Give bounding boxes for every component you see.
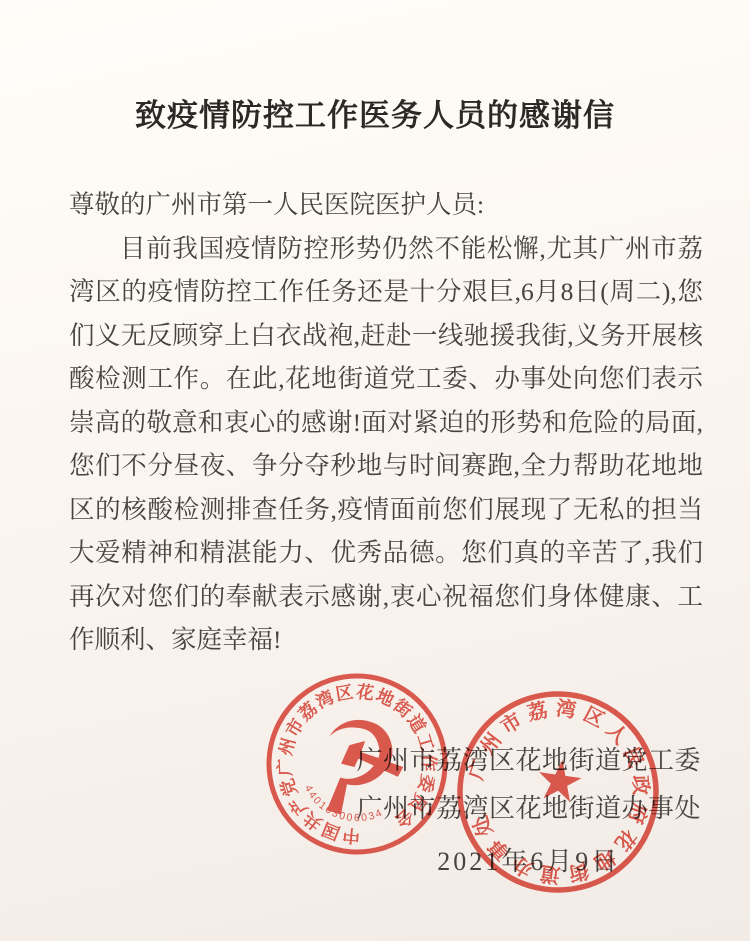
letter-title: 致疫情防控工作医务人员的感谢信 [0, 90, 750, 135]
letter-salutation: 尊敬的广州市第一人民医院医护人员: [69, 183, 703, 227]
letter-body: 尊敬的广州市第一人民医院医护人员: 目前我国疫情防控形势仍然不能松懈,尤其广州市… [69, 183, 703, 662]
letter-paragraph: 目前我国疫情防控形势仍然不能松懈,尤其广州市荔湾区的疫情防控工作任务还是十分艰巨… [69, 227, 703, 662]
government-office-seal: 广州市荔湾区人民政府花地街道办事处 ★ [437, 671, 679, 913]
star-icon: ★ [530, 748, 588, 816]
letter-photo: 致疫情防控工作医务人员的感谢信 尊敬的广州市第一人民医院医护人员: 目前我国疫情… [0, 0, 750, 941]
